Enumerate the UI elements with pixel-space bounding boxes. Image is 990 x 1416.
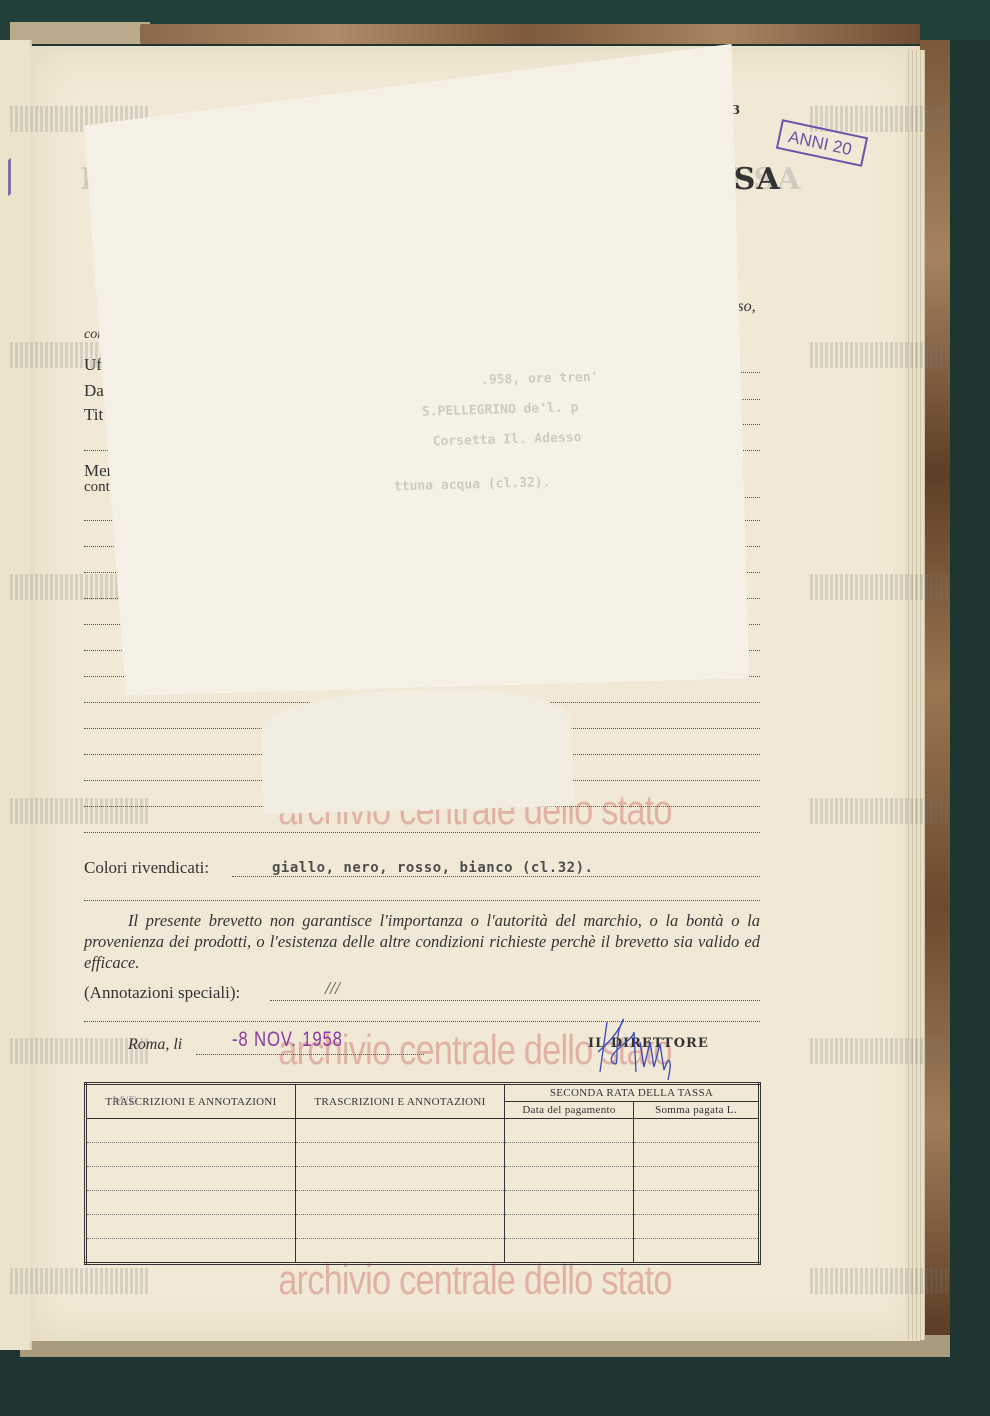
signature-icon: [592, 1012, 682, 1082]
col-somma-pagata: Somma pagata L.: [634, 1102, 760, 1119]
watermark-logo: [10, 798, 150, 824]
col-group-seconda-rata: SECONDA RATA DELLA TASSA: [505, 1084, 760, 1102]
ghost-typed-line: ttuna acqua (cl.32).: [394, 475, 551, 494]
binding-leather-top: [140, 24, 920, 44]
date-stamp: -8 NOV. 1958: [232, 1028, 343, 1052]
field-line: [84, 900, 760, 901]
ghost-typed-line: .958, ore tren': [481, 370, 599, 388]
watermark-logo: [810, 574, 950, 600]
watermark-logo: [810, 798, 950, 824]
watermark-logo: [810, 1038, 950, 1064]
table-row: [86, 1191, 760, 1215]
watermark-logo: [810, 106, 950, 132]
label-da: Da: [84, 381, 104, 401]
table-row: [86, 1239, 760, 1264]
col-data-pagamento: Data del pagamento: [505, 1102, 634, 1119]
watermark-logo: [10, 1268, 150, 1294]
table-row: [86, 1215, 760, 1239]
colori-label: Colori rivendicati:: [84, 858, 209, 878]
page-stack-edges: [905, 50, 925, 1340]
ghost-typed-line: S.PELLEGRINO de'l. p: [422, 400, 579, 419]
table-row: [86, 1143, 760, 1167]
place-label: Roma, li: [128, 1036, 182, 1054]
annotazioni-label: (Annotazioni speciali):: [84, 983, 240, 1003]
table-row: [86, 1119, 760, 1143]
ghost-typed-line: Corsetta Il. Adesso: [433, 430, 582, 449]
label-uf: Uf: [84, 355, 102, 375]
md-mark: M/D: [112, 1094, 138, 1108]
disclaimer-text: Il presente brevetto non garantisce l'im…: [84, 910, 760, 973]
watermark: archivio centrale dello stato: [110, 1026, 840, 1074]
label-cont: cont: [84, 479, 110, 496]
field-line: [84, 832, 760, 833]
left-page-edge: [0, 40, 32, 1350]
annotazioni-value: ///: [325, 978, 340, 999]
watermark-logo: [810, 1268, 950, 1294]
watermark-logo: [810, 342, 950, 368]
pasted-paper-fragment: [260, 686, 573, 814]
stamp-fragment: [8, 144, 31, 196]
field-line: [196, 1054, 424, 1055]
pasted-paper-overlay: .958, ore tren' S.PELLEGRINO de'l. p Cor…: [82, 44, 749, 697]
table-row: [86, 1167, 760, 1191]
label-tit: Tit: [84, 405, 103, 425]
field-line: [232, 876, 760, 877]
colori-value: giallo, nero, rosso, bianco (cl.32).: [272, 860, 593, 876]
registry-table: TRASCRIZIONI E ANNOTAZIONI TRASCRIZIONI …: [84, 1082, 761, 1265]
col-trascrizioni-2: TRASCRIZIONI E ANNOTAZIONI: [296, 1084, 505, 1119]
field-line: [270, 1000, 760, 1001]
